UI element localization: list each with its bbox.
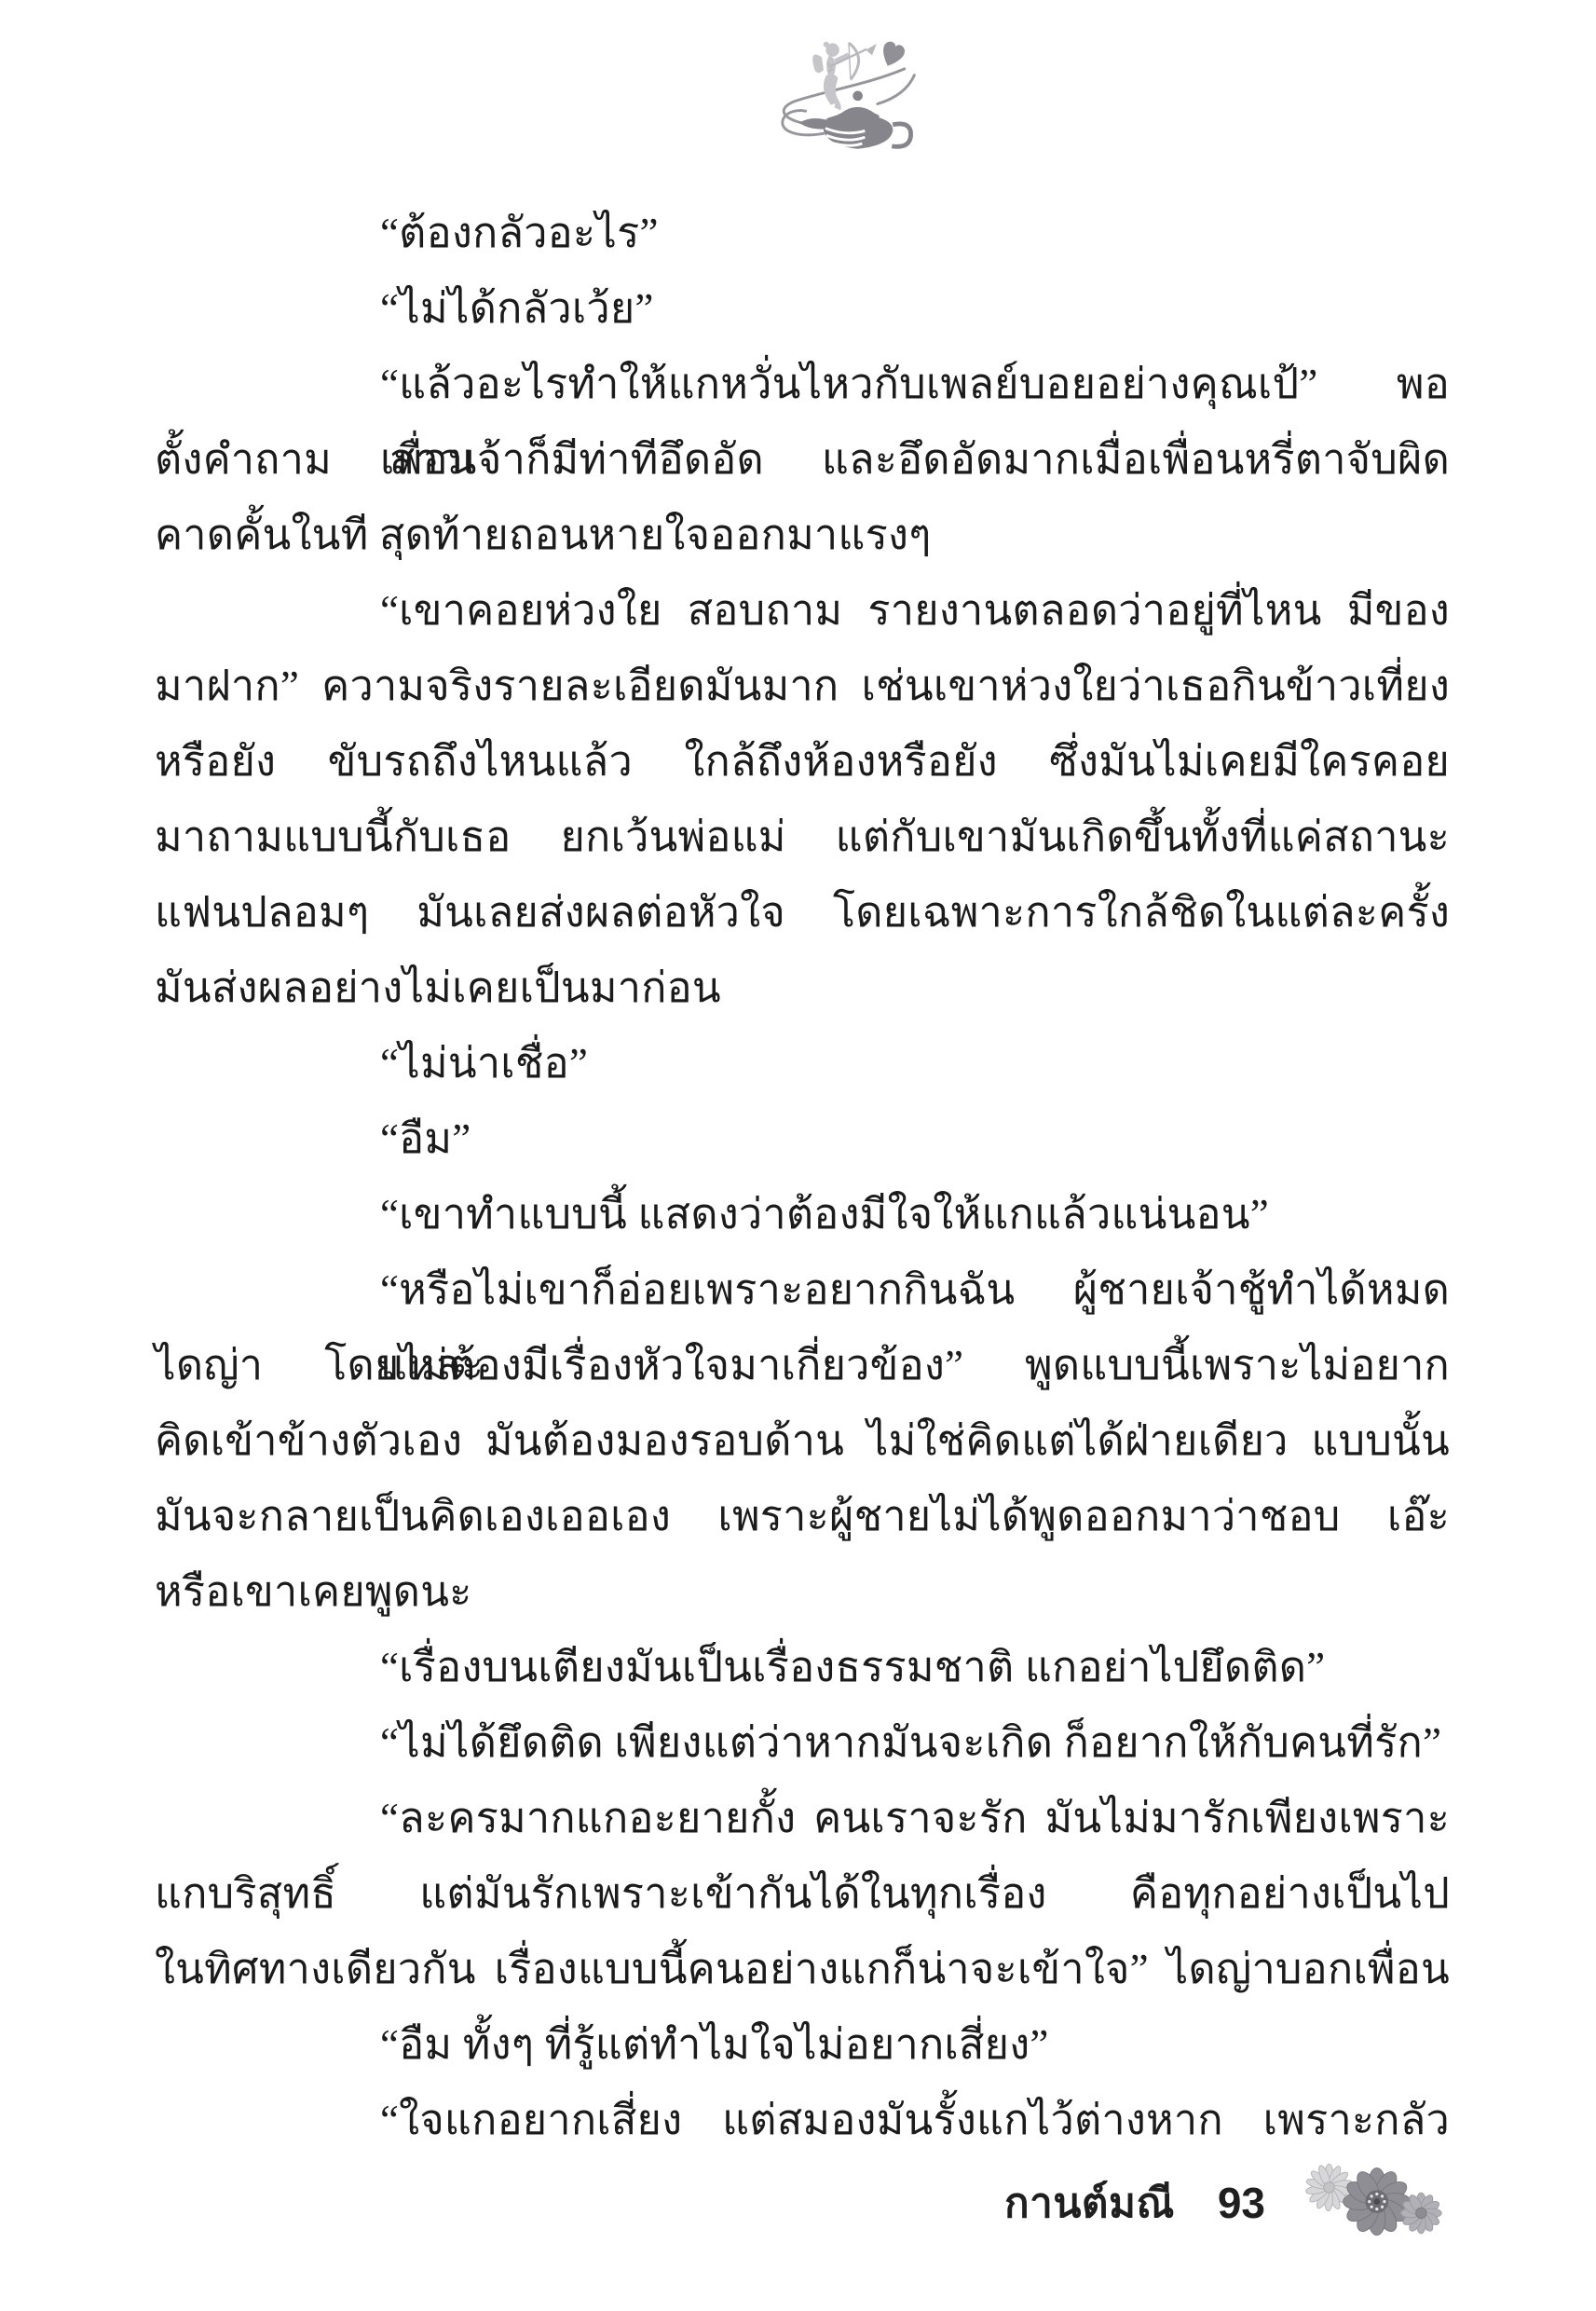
heart-icon	[878, 40, 907, 70]
flower-large-icon	[1344, 2167, 1411, 2235]
page-text: “ต้องกลัวอะไร”“ไม่ได้กลัวเว้ย”“แล้วอะไรท…	[155, 196, 1450, 2158]
text-line: “แล้วอะไรทำให้แกหวั่นไหวกับเพลย์บอยอย่าง…	[155, 347, 1450, 422]
text-line: หรือยัง ขับรถถึงไหนแล้ว ใกล้ถึงห้องหรือย…	[155, 724, 1450, 800]
lamp-icon	[799, 91, 911, 149]
text-line: “ละครมากแกอะยายกั้ง คนเราจะรัก มันไม่มาร…	[155, 1781, 1450, 1856]
text-line: “ไม่ได้กลัวเว้ย”	[155, 271, 1450, 347]
text-line: “อืม”	[155, 1101, 1450, 1177]
page-footer: กานต์มณี 93	[1004, 2158, 1444, 2248]
text-line: “เขาคอยห่วงใย สอบถาม รายงานตลอดว่าอยู่ที…	[155, 573, 1450, 649]
text-line: “เขาทำแบบนี้ แสดงว่าต้องมีใจให้แกแล้วแน่…	[155, 1177, 1450, 1252]
text-line: “ไม่ได้ยึดติด เพียงแต่ว่าหากมันจะเกิด ก็…	[155, 1705, 1450, 1781]
text-line: มาถามแบบนี้กับเธอ ยกเว้นพ่อแม่ แต่กับเขา…	[155, 800, 1450, 875]
text-line: “เรื่องบนเตียงมันเป็นเรื่องธรรมชาติ แกอย…	[155, 1630, 1450, 1705]
flowers-ornament	[1303, 2160, 1444, 2246]
text-line: หรือเขาเคยพูดนะ	[155, 1554, 1450, 1630]
text-line: ในทิศทางเดียวกัน เรื่องแบบนี้คนอย่างแกก็…	[155, 1932, 1450, 2007]
text-line: คาดคั้นในที สุดท้ายถอนหายใจออกมาแรงๆ	[155, 498, 1450, 573]
page-number: 93	[1218, 2178, 1265, 2228]
text-line: “อืม ทั้งๆ ที่รู้แต่ทำไมใจไม่อยากเสี่ยง”	[155, 2007, 1450, 2083]
cupid-lamp-ornament	[771, 28, 924, 155]
text-line: “ใจแกอยากเสี่ยง แต่สมองมันรั้งแกไว้ต่างห…	[155, 2083, 1450, 2158]
text-line: มาฝาก” ความจริงรายละเอียดมันมาก เช่นเขาห…	[155, 649, 1450, 724]
text-line: “ต้องกลัวอะไร”	[155, 196, 1450, 271]
text-line: “หรือไม่เขาก็อ่อยเพราะอยากกินฉัน ผู้ชายเ…	[155, 1252, 1450, 1328]
text-line: ตั้งคำถาม สาวเจ้าก็มีท่าทีอึดอัด และอึดอ…	[155, 422, 1450, 498]
cupid-icon	[812, 42, 877, 111]
book-page: { "page": { "text_color": "#1b1b1b", "or…	[0, 0, 1596, 2311]
text-line: ไดญ่า โดยไม่ต้องมีเรื่องหัวใจมาเกี่ยวข้อ…	[155, 1328, 1450, 1403]
text-line: แฟนปลอมๆ มันเลยส่งผลต่อหัวใจ โดยเฉพาะการ…	[155, 875, 1450, 950]
text-line: คิดเข้าข้างตัวเอง มันต้องมองรอบด้าน ไม่ใ…	[155, 1403, 1450, 1479]
book-title: กานต์มณี	[1004, 2170, 1175, 2236]
text-line: มันส่งผลอย่างไม่เคยเป็นมาก่อน	[155, 950, 1450, 1026]
text-line: “ไม่น่าเชื่อ”	[155, 1026, 1450, 1101]
text-line: มันจะกลายเป็นคิดเองเออเอง เพราะผู้ชายไม่…	[155, 1479, 1450, 1554]
text-line: แกบริสุทธิ์ แต่มันรักเพราะเข้ากันได้ในทุ…	[155, 1856, 1450, 1932]
